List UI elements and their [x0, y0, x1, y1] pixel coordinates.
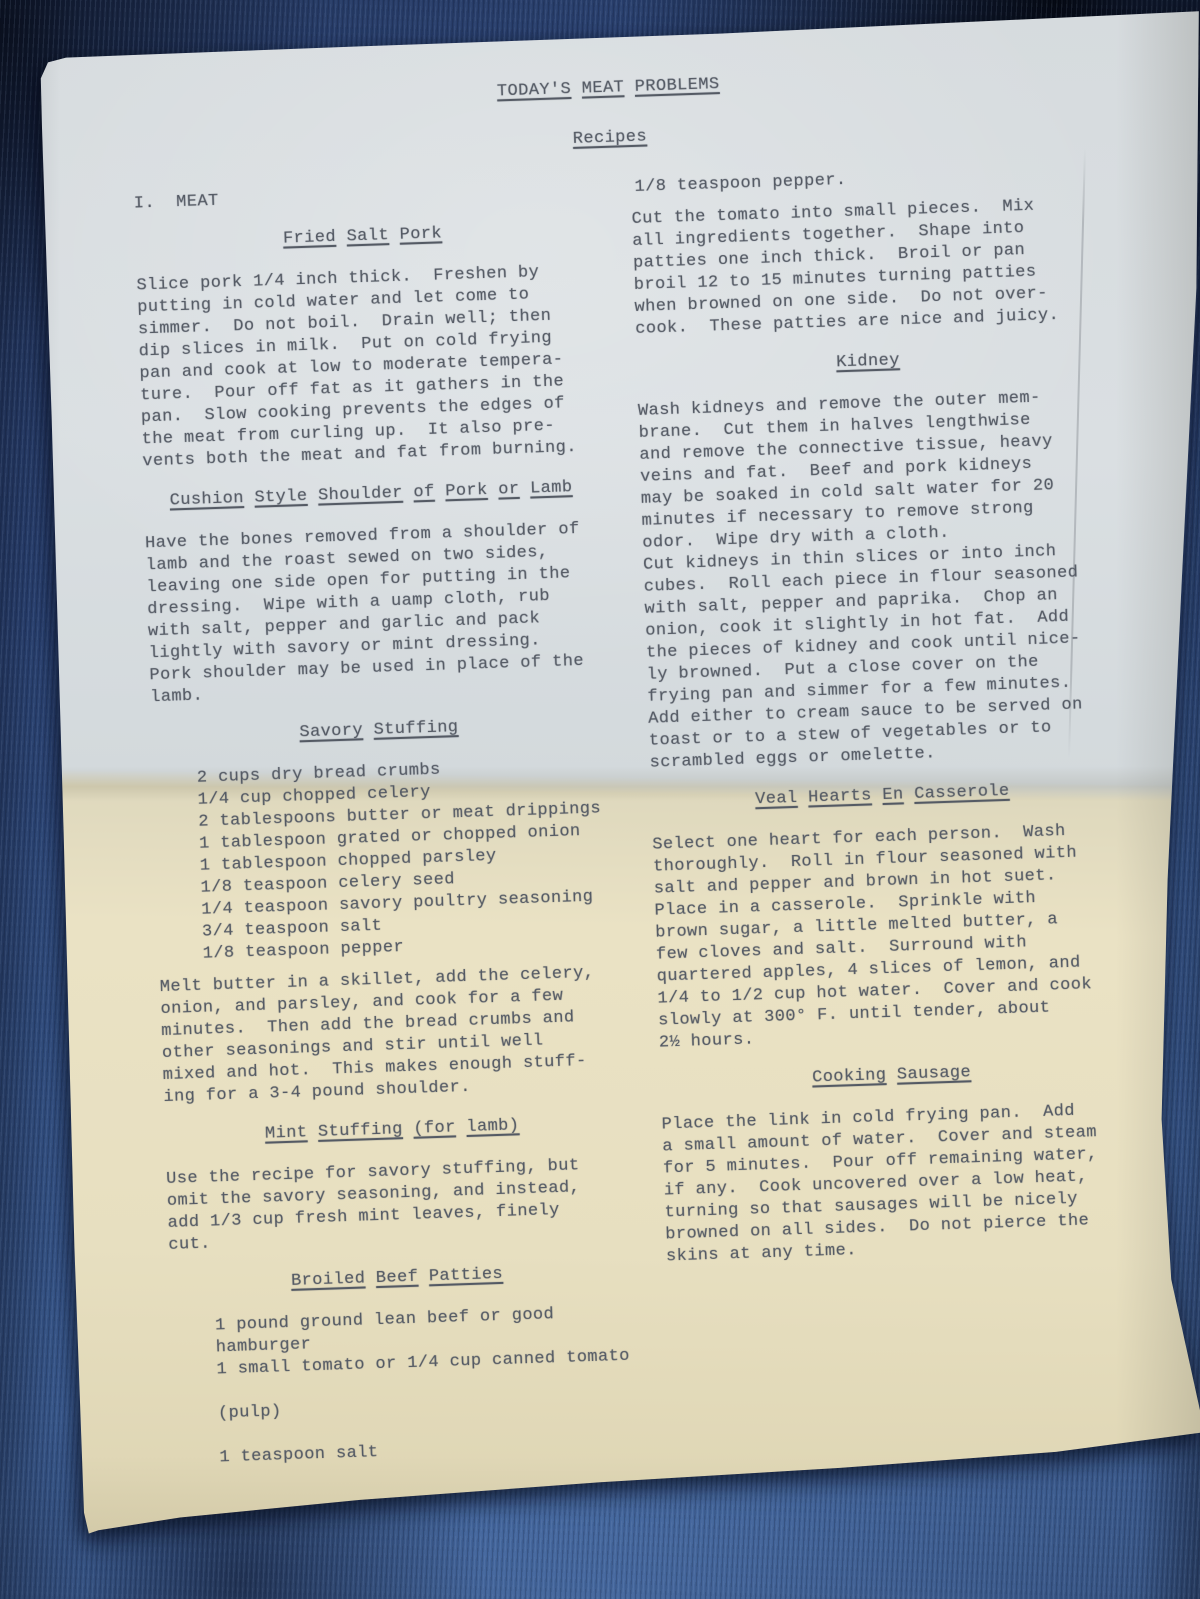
- heading-fried-salt-pork: Fried Salt Pork: [123, 218, 602, 256]
- body-kidney: Wash kidneys and remove the outer mem- b…: [638, 385, 1121, 774]
- heading-cooking-sausage: Cooking Sausage: [652, 1057, 1131, 1095]
- right-column: 1/8 teaspoon pepper. Cut the tomato into…: [622, 161, 1143, 1464]
- heading-kidney: Kidney: [628, 343, 1107, 381]
- body-broiled-beef-continuation: Cut the tomato into small pieces. Mix al…: [631, 193, 1106, 341]
- heading-savory-stuffing: Savory Stuffing: [139, 712, 618, 750]
- two-column-layout: I. MEAT Fried Salt Pork Slice pork 1/4 i…: [122, 161, 1144, 1481]
- typed-page-content: TODAY'S MEAT PROBLEMS Recipes I. MEAT Fr…: [118, 56, 1144, 1482]
- ingredients-savory-stuffing: 2 cups dry bread crumbs 1/4 cup chopped …: [197, 754, 626, 966]
- heading-veal-hearts: Veal Hearts En Casserole: [643, 777, 1122, 815]
- heading-mint-stuffing: Mint Stuffing (for lamb): [152, 1112, 631, 1150]
- body-mint-stuffing: Use the recipe for savory stuffing, but …: [166, 1154, 636, 1257]
- document-subtitle: Recipes: [120, 111, 1100, 165]
- document-title: TODAY'S MEAT PROBLEMS: [118, 62, 1098, 116]
- ingredients-broiled-beef-patties: 1 pound ground lean beef or good hamburg…: [215, 1301, 643, 1469]
- body-cushion-shoulder: Have the bones removed from a shoulder o…: [145, 518, 618, 709]
- body-savory-stuffing: Melt butter in a skillet, add the celery…: [160, 962, 631, 1109]
- section-label-meat: I. MEAT: [134, 178, 601, 215]
- body-cooking-sausage: Place the link in cold frying pan. Add a…: [661, 1099, 1137, 1269]
- heading-broiled-beef-patties: Broiled Beef Patties: [157, 1259, 636, 1297]
- left-column: I. MEAT Fried Salt Pork Slice pork 1/4 i…: [122, 178, 643, 1481]
- heading-cushion-shoulder: Cushion Style Shoulder of Pork or Lamb: [131, 476, 610, 514]
- body-veal-hearts: Select one heart for each person. Wash t…: [652, 819, 1130, 1054]
- photo-scene: TODAY'S MEAT PROBLEMS Recipes I. MEAT Fr…: [0, 0, 1200, 1599]
- body-fried-salt-pork: Slice pork 1/4 inch thick. Freshen by pu…: [136, 260, 609, 473]
- carryover-pepper-line: 1/8 teaspoon pepper.: [634, 161, 1101, 198]
- paper-shadow-wrap: TODAY'S MEAT PROBLEMS Recipes I. MEAT Fr…: [0, 0, 1200, 1599]
- recipe-sheet: TODAY'S MEAT PROBLEMS Recipes I. MEAT Fr…: [0, 0, 1200, 1599]
